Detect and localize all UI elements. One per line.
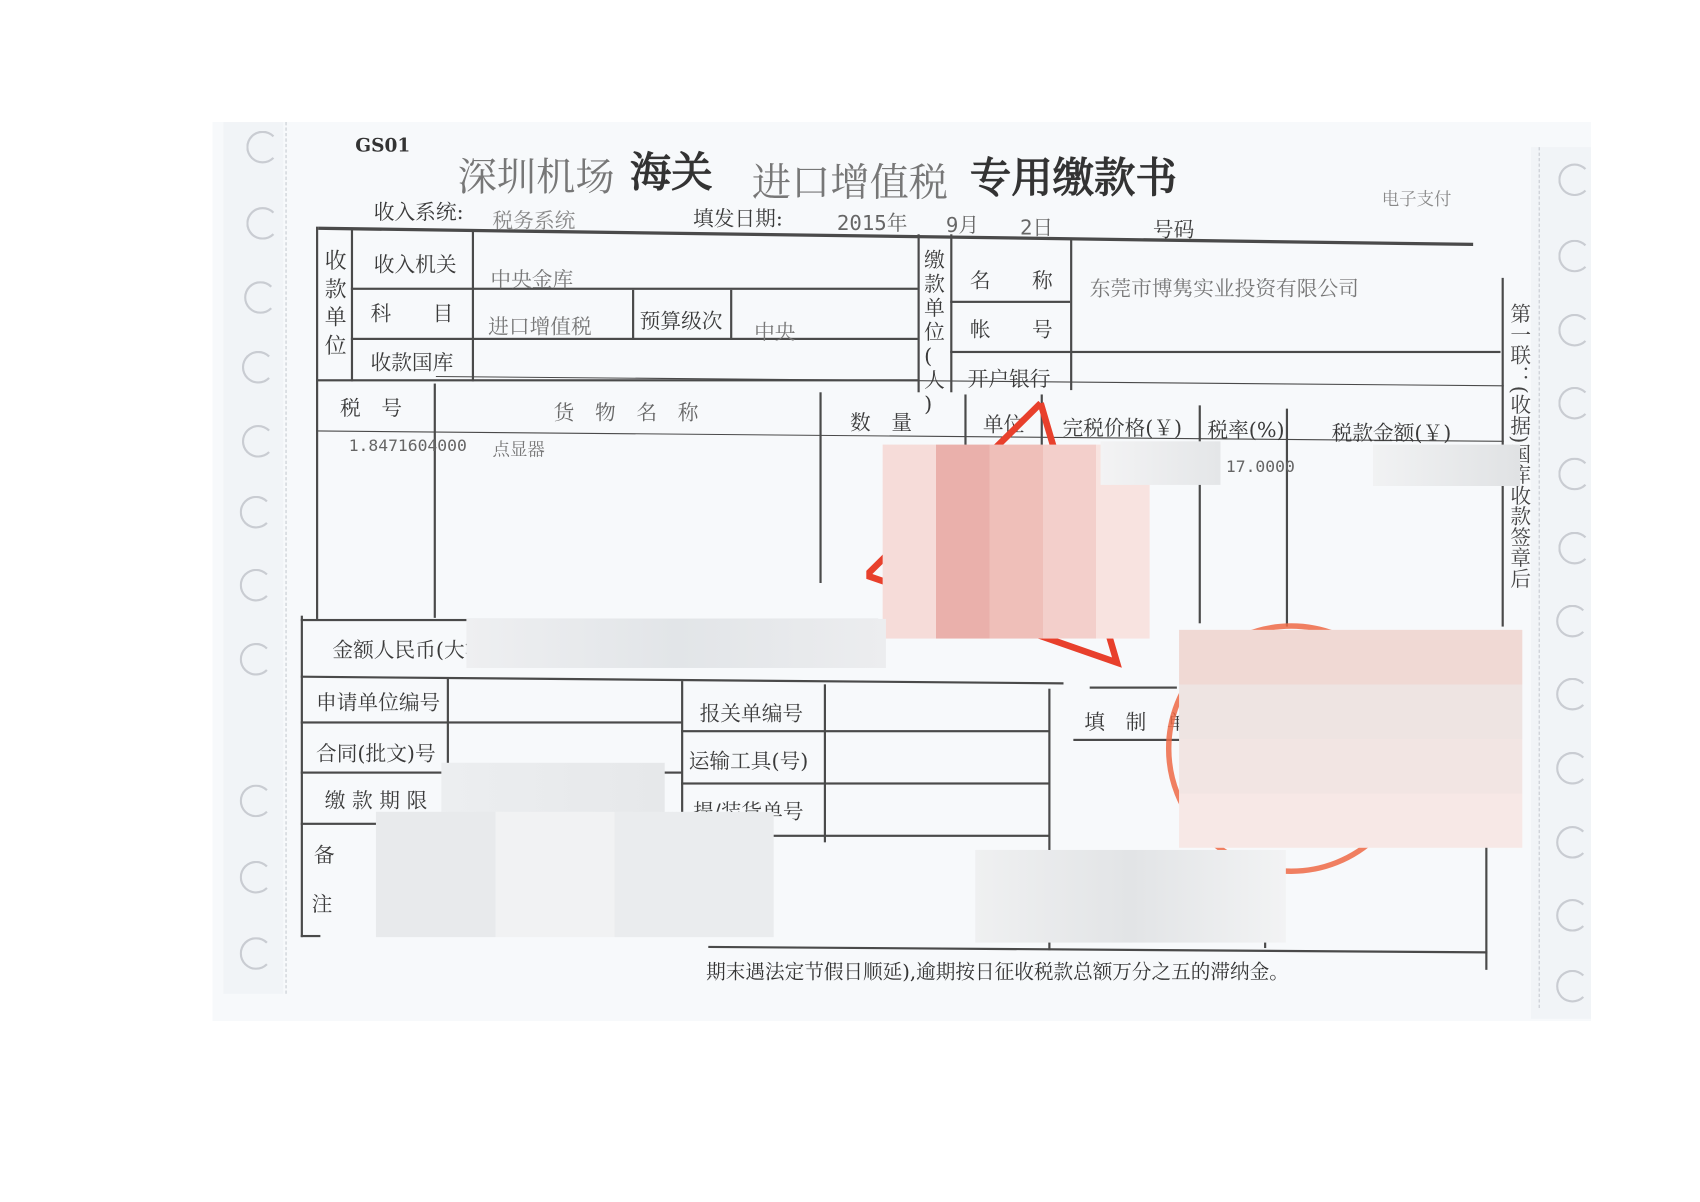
perforation-hole bbox=[1556, 752, 1589, 785]
customs-declaration-label: 报关单编号 bbox=[700, 697, 804, 726]
issue-date-label: 填发日期: bbox=[693, 203, 783, 232]
right-tear-line bbox=[1539, 147, 1540, 1008]
perforation-hole bbox=[242, 425, 275, 458]
remarks-label-1: 备 bbox=[314, 839, 335, 868]
redaction-block bbox=[466, 619, 886, 668]
subject-value: 进口增值税 bbox=[488, 311, 592, 340]
perforation-hole bbox=[240, 937, 273, 970]
goods-header-name: 货 物 名 称 bbox=[554, 397, 699, 426]
payer-left-line bbox=[918, 234, 920, 392]
payer-name-label: 名 称 bbox=[970, 265, 1053, 294]
perforation-hole bbox=[246, 131, 279, 164]
redaction-block bbox=[1179, 630, 1522, 848]
budget-level-value: 中央 bbox=[754, 316, 795, 345]
goods-col-divider-2 bbox=[819, 392, 821, 583]
issue-year: 2015年 bbox=[837, 207, 908, 236]
title-location: 深圳机场 bbox=[458, 147, 615, 203]
treasury-label: 收款国库 bbox=[370, 347, 453, 376]
lower-mid-row-line-1 bbox=[681, 730, 1049, 732]
perforation-hole bbox=[242, 351, 275, 384]
payer-label-divider bbox=[1070, 238, 1072, 391]
perforation-hole bbox=[1556, 605, 1589, 638]
payer-section-label: 缴 款 单 位 ( 人 ) bbox=[924, 248, 948, 416]
redaction-block bbox=[975, 850, 1286, 943]
goods-row-tax-no: 1.8471604000 bbox=[349, 436, 467, 456]
transport-label: 运输工具(号) bbox=[689, 745, 809, 774]
lower-mid-divider-2 bbox=[824, 684, 826, 842]
perforation-hole bbox=[240, 643, 273, 676]
budget-divider-2 bbox=[730, 290, 732, 340]
payer-name-value: 东莞市博隽实业投资有限公司 bbox=[1090, 272, 1359, 301]
income-system-label: 收入系统: bbox=[374, 196, 464, 225]
document-scan: GS01 深圳机场 海关 进口增值税 专用缴款书 电子支付 收入系统: 税务系统… bbox=[0, 0, 1700, 1202]
lower-mid-row-line-2 bbox=[681, 782, 1049, 784]
subject-label: 科 目 bbox=[370, 297, 453, 326]
perforation-hole bbox=[246, 207, 279, 240]
redaction-block bbox=[376, 812, 774, 937]
perforation-hole bbox=[1558, 240, 1591, 273]
perforation-hole bbox=[240, 569, 273, 602]
perforation-hole bbox=[1556, 970, 1589, 1003]
remarks-label-2: 注 bbox=[312, 888, 333, 917]
payment-deadline-label: 缴 款 期 限 bbox=[325, 785, 428, 814]
perforation-hole bbox=[240, 861, 273, 894]
contract-label: 合同(批文)号 bbox=[316, 738, 436, 767]
redaction-block bbox=[1101, 441, 1221, 485]
perforation-hole bbox=[1556, 678, 1589, 711]
perforation-hole bbox=[240, 496, 273, 529]
payment-mode: 电子支付 bbox=[1382, 185, 1452, 210]
title-tax-type: 进口增值税 bbox=[752, 153, 948, 209]
perforation-hole bbox=[244, 281, 277, 314]
payer-bank-label: 开户银行 bbox=[968, 363, 1051, 392]
right-perforation-strip bbox=[1531, 147, 1591, 1019]
frame-left-line-upper bbox=[316, 227, 318, 619]
goods-row-name: 点显器 bbox=[493, 436, 545, 461]
budget-level-label: 预算级次 bbox=[640, 305, 723, 334]
frame-bottom-left-tick bbox=[301, 935, 321, 937]
left-tear-line bbox=[286, 122, 287, 994]
perforation-hole bbox=[1558, 163, 1591, 196]
goods-header-tax-no: 税 号 bbox=[340, 392, 402, 421]
perforation-hole bbox=[1558, 314, 1591, 347]
budget-divider-1 bbox=[632, 290, 634, 340]
lower-row-line-1 bbox=[301, 721, 682, 723]
goods-col-divider-6 bbox=[1286, 409, 1288, 627]
payer-divider bbox=[950, 234, 952, 392]
perforation-hole bbox=[1556, 826, 1589, 859]
perforation-hole bbox=[240, 785, 273, 818]
revenue-authority-value: 中央金库 bbox=[490, 264, 573, 293]
late-fee-note: 期末遇法定节假日顺延),逾期按日征收税款总额万分之五的滞纳金。 bbox=[706, 957, 1289, 985]
perforation-hole bbox=[1558, 387, 1591, 420]
goods-header-rate: 税率(%) bbox=[1207, 414, 1284, 443]
goods-row-rate: 17.0000 bbox=[1226, 457, 1295, 477]
applicant-code-label: 申请单位编号 bbox=[316, 687, 440, 716]
payer-account-label: 帐 号 bbox=[970, 314, 1053, 343]
payee-divider bbox=[351, 229, 353, 382]
frame-left-line-lower bbox=[301, 616, 303, 937]
title-form-type: 专用缴款书 bbox=[970, 144, 1177, 204]
payer-row-line-1 bbox=[950, 301, 1070, 303]
payee-label-divider bbox=[472, 231, 474, 381]
perforation-hole bbox=[1556, 899, 1589, 932]
amount-bottom-line-right bbox=[1090, 687, 1177, 689]
perforation-hole bbox=[1558, 458, 1591, 491]
perforation-hole bbox=[1558, 532, 1591, 565]
goods-header-amount: 税款金额(￥) bbox=[1332, 417, 1452, 446]
goods-col-divider-1 bbox=[434, 384, 436, 618]
payer-row-line-2 bbox=[950, 351, 1500, 353]
frame-right-line-lower bbox=[1485, 839, 1487, 970]
redaction-block bbox=[1373, 445, 1520, 486]
payee-section-label: 收 款 单 位 bbox=[325, 246, 349, 359]
form-code: GS01 bbox=[355, 135, 410, 157]
revenue-authority-label: 收入机关 bbox=[374, 248, 457, 277]
title-customs: 海关 bbox=[630, 138, 713, 198]
